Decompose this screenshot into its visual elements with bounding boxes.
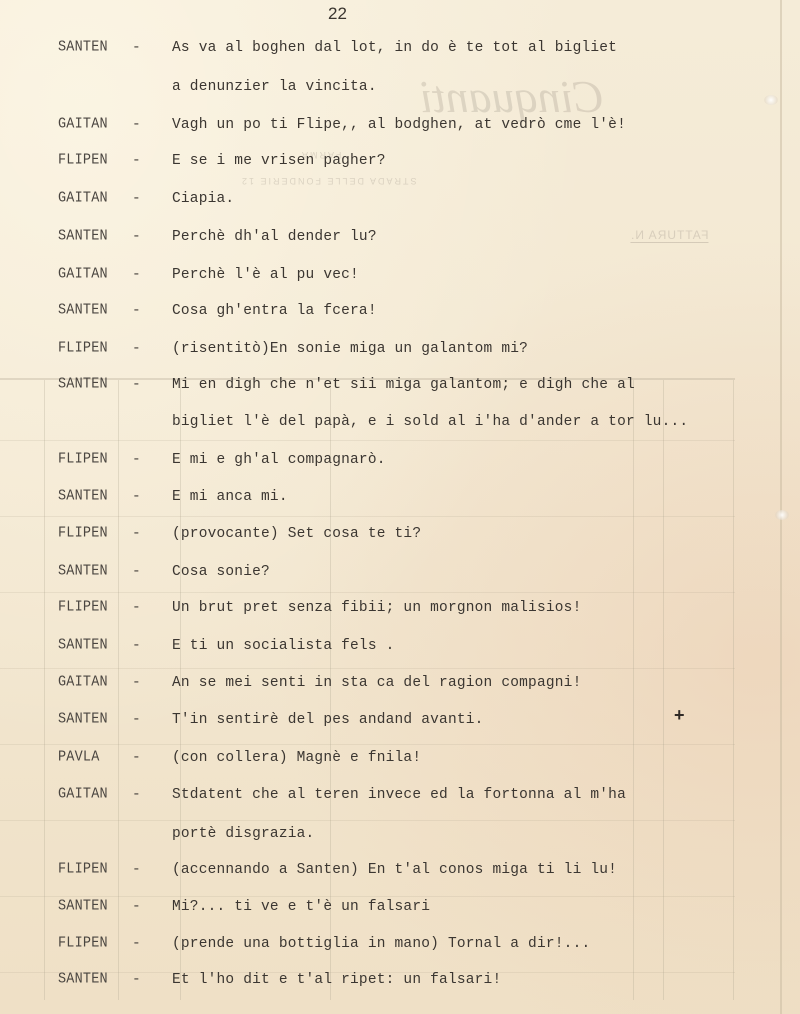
dialogue-text: As va al boghen dal lot, in do è te tot … — [172, 40, 617, 56]
dialogue-text: Un brut pret senza fibii; un morgnon mal… — [172, 600, 581, 616]
letterhead-fattura-bleed: FATTURA N. — [630, 228, 708, 243]
dialogue-text: Perchè dh'al dender lu? — [172, 229, 377, 245]
speaker-dash: - — [132, 899, 141, 915]
speaker-dash: - — [132, 750, 141, 766]
dialogue-text: E se i me vrisen pagher? — [172, 153, 386, 169]
speaker-dash: - — [132, 600, 141, 616]
speaker-name: SANTEN — [58, 898, 138, 915]
dialogue-text: Vagh un po ti Flipe,, al bodghen, at ved… — [172, 117, 626, 133]
speaker-dash: - — [132, 341, 141, 357]
paper-hole — [764, 95, 778, 105]
dialogue-text: E mi anca mi. — [172, 489, 288, 505]
dialogue-text: T'in sentirè del pes andand avanti. — [172, 712, 484, 728]
speaker-name: FLIPEN — [58, 340, 138, 357]
speaker-dash: - — [132, 564, 141, 580]
speaker-dash: - — [132, 526, 141, 542]
dialogue-text: An se mei senti in sta ca del ragion com… — [172, 675, 581, 691]
speaker-dash: - — [132, 862, 141, 878]
speaker-name: SANTEN — [58, 39, 138, 56]
paper-hole — [775, 510, 789, 520]
dialogue-text: a denunzier la vincita. — [172, 79, 377, 95]
speaker-name: FLIPEN — [58, 599, 138, 616]
dialogue-text: (provocante) Set cosa te ti? — [172, 526, 421, 542]
speaker-name: GAITAN — [58, 674, 138, 691]
speaker-name: SANTEN — [58, 971, 138, 988]
speaker-name: SANTEN — [58, 637, 138, 654]
dialogue-text: bigliet l'è del papà, e i sold al i'ha d… — [172, 414, 688, 430]
dialogue-text: (risentitò)En sonie miga un galantom mi? — [172, 341, 528, 357]
dialogue-text: Et l'ho dit e t'al ripet: un falsari! — [172, 972, 501, 988]
speaker-name: GAITAN — [58, 190, 138, 207]
letterhead-address-bleed: STRADA DELLE FONDERIE 12 — [240, 176, 417, 186]
speaker-dash: - — [132, 229, 141, 245]
speaker-name: GAITAN — [58, 786, 138, 803]
speaker-name: FLIPEN — [58, 861, 138, 878]
speaker-name: SANTEN — [58, 228, 138, 245]
letterhead-script-bleed: Cinquanti — [420, 70, 604, 123]
speaker-name: FLIPEN — [58, 152, 138, 169]
speaker-dash: - — [132, 638, 141, 654]
dialogue-text: portè disgrazia. — [172, 826, 314, 842]
speaker-dash: - — [132, 936, 141, 952]
speaker-dash: - — [132, 972, 141, 988]
speaker-dash: - — [132, 377, 141, 393]
speaker-name: SANTEN — [58, 563, 138, 580]
speaker-dash: - — [132, 40, 141, 56]
speaker-name: FLIPEN — [58, 451, 138, 468]
speaker-dash: - — [132, 452, 141, 468]
speaker-dash: - — [132, 787, 141, 803]
speaker-name: FLIPEN — [58, 525, 138, 542]
speaker-name: GAITAN — [58, 116, 138, 133]
speaker-name: SANTEN — [58, 711, 138, 728]
speaker-name: PAVLA — [58, 749, 138, 766]
typewritten-page: Cinquanti PARMA STRADA DELLE FONDERIE 12… — [0, 0, 800, 1014]
dialogue-text: Mi en digh che n'et sii miga galantom; e… — [172, 377, 635, 393]
speaker-name: GAITAN — [58, 266, 138, 283]
dialogue-text: Ciapia. — [172, 191, 234, 207]
dialogue-text: (accennando a Santen) En t'al conos miga… — [172, 862, 617, 878]
dialogue-text: (con collera) Magnè e fnila! — [172, 750, 421, 766]
dialogue-text: Stdatent che al teren invece ed la forto… — [172, 787, 626, 803]
page-edge — [780, 0, 782, 1014]
dialogue-text: E mi e gh'al compagnarò. — [172, 452, 386, 468]
speaker-name: SANTEN — [58, 302, 138, 319]
speaker-dash: - — [132, 191, 141, 207]
speaker-dash: - — [132, 267, 141, 283]
annotation-plus-mark: + — [674, 705, 685, 726]
dialogue-text: Cosa gh'entra la fcera! — [172, 303, 377, 319]
speaker-dash: - — [132, 489, 141, 505]
dialogue-text: E ti un socialista fels . — [172, 638, 395, 654]
dialogue-text: Mi?... ti ve e t'è un falsari — [172, 899, 430, 915]
dialogue-text: (prende una bottiglia in mano) Tornal a … — [172, 936, 590, 952]
dialogue-text: Cosa sonie? — [172, 564, 270, 580]
dialogue-text: Perchè l'è al pu vec! — [172, 267, 359, 283]
speaker-dash: - — [132, 675, 141, 691]
speaker-name: SANTEN — [58, 488, 138, 505]
speaker-dash: - — [132, 303, 141, 319]
speaker-name: FLIPEN — [58, 935, 138, 952]
page-number: 22 — [328, 4, 347, 24]
speaker-dash: - — [132, 153, 141, 169]
speaker-dash: - — [132, 712, 141, 728]
speaker-dash: - — [132, 117, 141, 133]
speaker-name: SANTEN — [58, 376, 138, 393]
